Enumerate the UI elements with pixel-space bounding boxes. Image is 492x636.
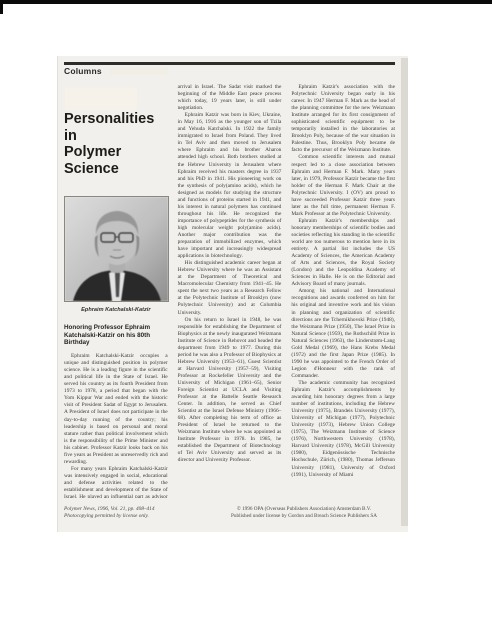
body-paragraph: Ephraim Katzir's memberships and honorar… xyxy=(291,218,395,288)
portrait-photo xyxy=(64,196,169,302)
body-paragraph: His distinguished academic career began … xyxy=(178,260,282,316)
header-rule xyxy=(64,62,395,65)
page-footer: Polymer News, 1996, Vol. 21, pp. 408–414… xyxy=(64,506,395,520)
column-1-body: Ephraim Katchalski-Katzir occupies a uni… xyxy=(64,353,168,498)
scanned-journal-page: Columns Personalities in Polymer Science xyxy=(0,0,492,636)
footer-citation: Polymer News, 1996, Vol. 21, pp. 408–414… xyxy=(64,506,206,520)
footer-copyright: © 1996 OPA (Overseas Publishers Associat… xyxy=(213,506,395,520)
column-3-body: Ephraim Katzir's association with the Po… xyxy=(291,84,395,479)
column-1: Personalities in Polymer Science xyxy=(64,84,168,498)
article-heading: Honoring Professor Ephraim Katchalski-Ka… xyxy=(64,324,168,347)
article-title: Personalities in Polymer Science xyxy=(64,111,168,177)
body-paragraph: Ephraim Katzir was born in Kiev, Ukraine… xyxy=(178,112,282,260)
copyright-line: © 1996 OPA (Overseas Publishers Associat… xyxy=(213,506,395,513)
column-2-body: arrival in Israel. The Sadat visit marke… xyxy=(178,84,282,465)
photo-caption: Ephraim Katchalski-Katzir xyxy=(64,307,168,313)
body-paragraph: The academic community has recognized Ep… xyxy=(291,380,395,479)
section-label: Columns xyxy=(64,66,102,76)
column-3: Ephraim Katzir's association with the Po… xyxy=(291,84,395,498)
body-paragraph: Ephraim Katchalski-Katzir occupies a uni… xyxy=(64,353,168,466)
article-title-line1: Personalities in xyxy=(64,111,168,144)
article-columns: Personalities in Polymer Science xyxy=(64,84,395,498)
scanner-corner-mark xyxy=(0,0,3,14)
body-paragraph: arrival in Israel. The Sadat visit marke… xyxy=(178,84,282,112)
scanner-edge-bar xyxy=(0,0,492,4)
page-edge-shadow xyxy=(401,58,408,526)
body-paragraph: For many years Ephraim Katchalski-Katzir… xyxy=(64,466,168,498)
article-title-line2: Polymer Science xyxy=(64,144,168,177)
publisher-line: Published under license by Gordon and Br… xyxy=(213,513,395,520)
scan-smudge xyxy=(110,67,168,75)
body-paragraph: Ephraim Katzir's association with the Po… xyxy=(291,84,395,154)
body-paragraph: Common scientific interests and mutual r… xyxy=(291,154,395,217)
column-2: arrival in Israel. The Sadat visit marke… xyxy=(178,84,282,498)
body-paragraph: Among his national and International rec… xyxy=(291,288,395,380)
journal-citation: Polymer News, 1996, Vol. 21, pp. 408–414 xyxy=(64,506,206,513)
license-note: Photocopying permitted by license only. xyxy=(64,513,206,520)
body-paragraph: On his return to Israel in 1948, he was … xyxy=(178,317,282,465)
